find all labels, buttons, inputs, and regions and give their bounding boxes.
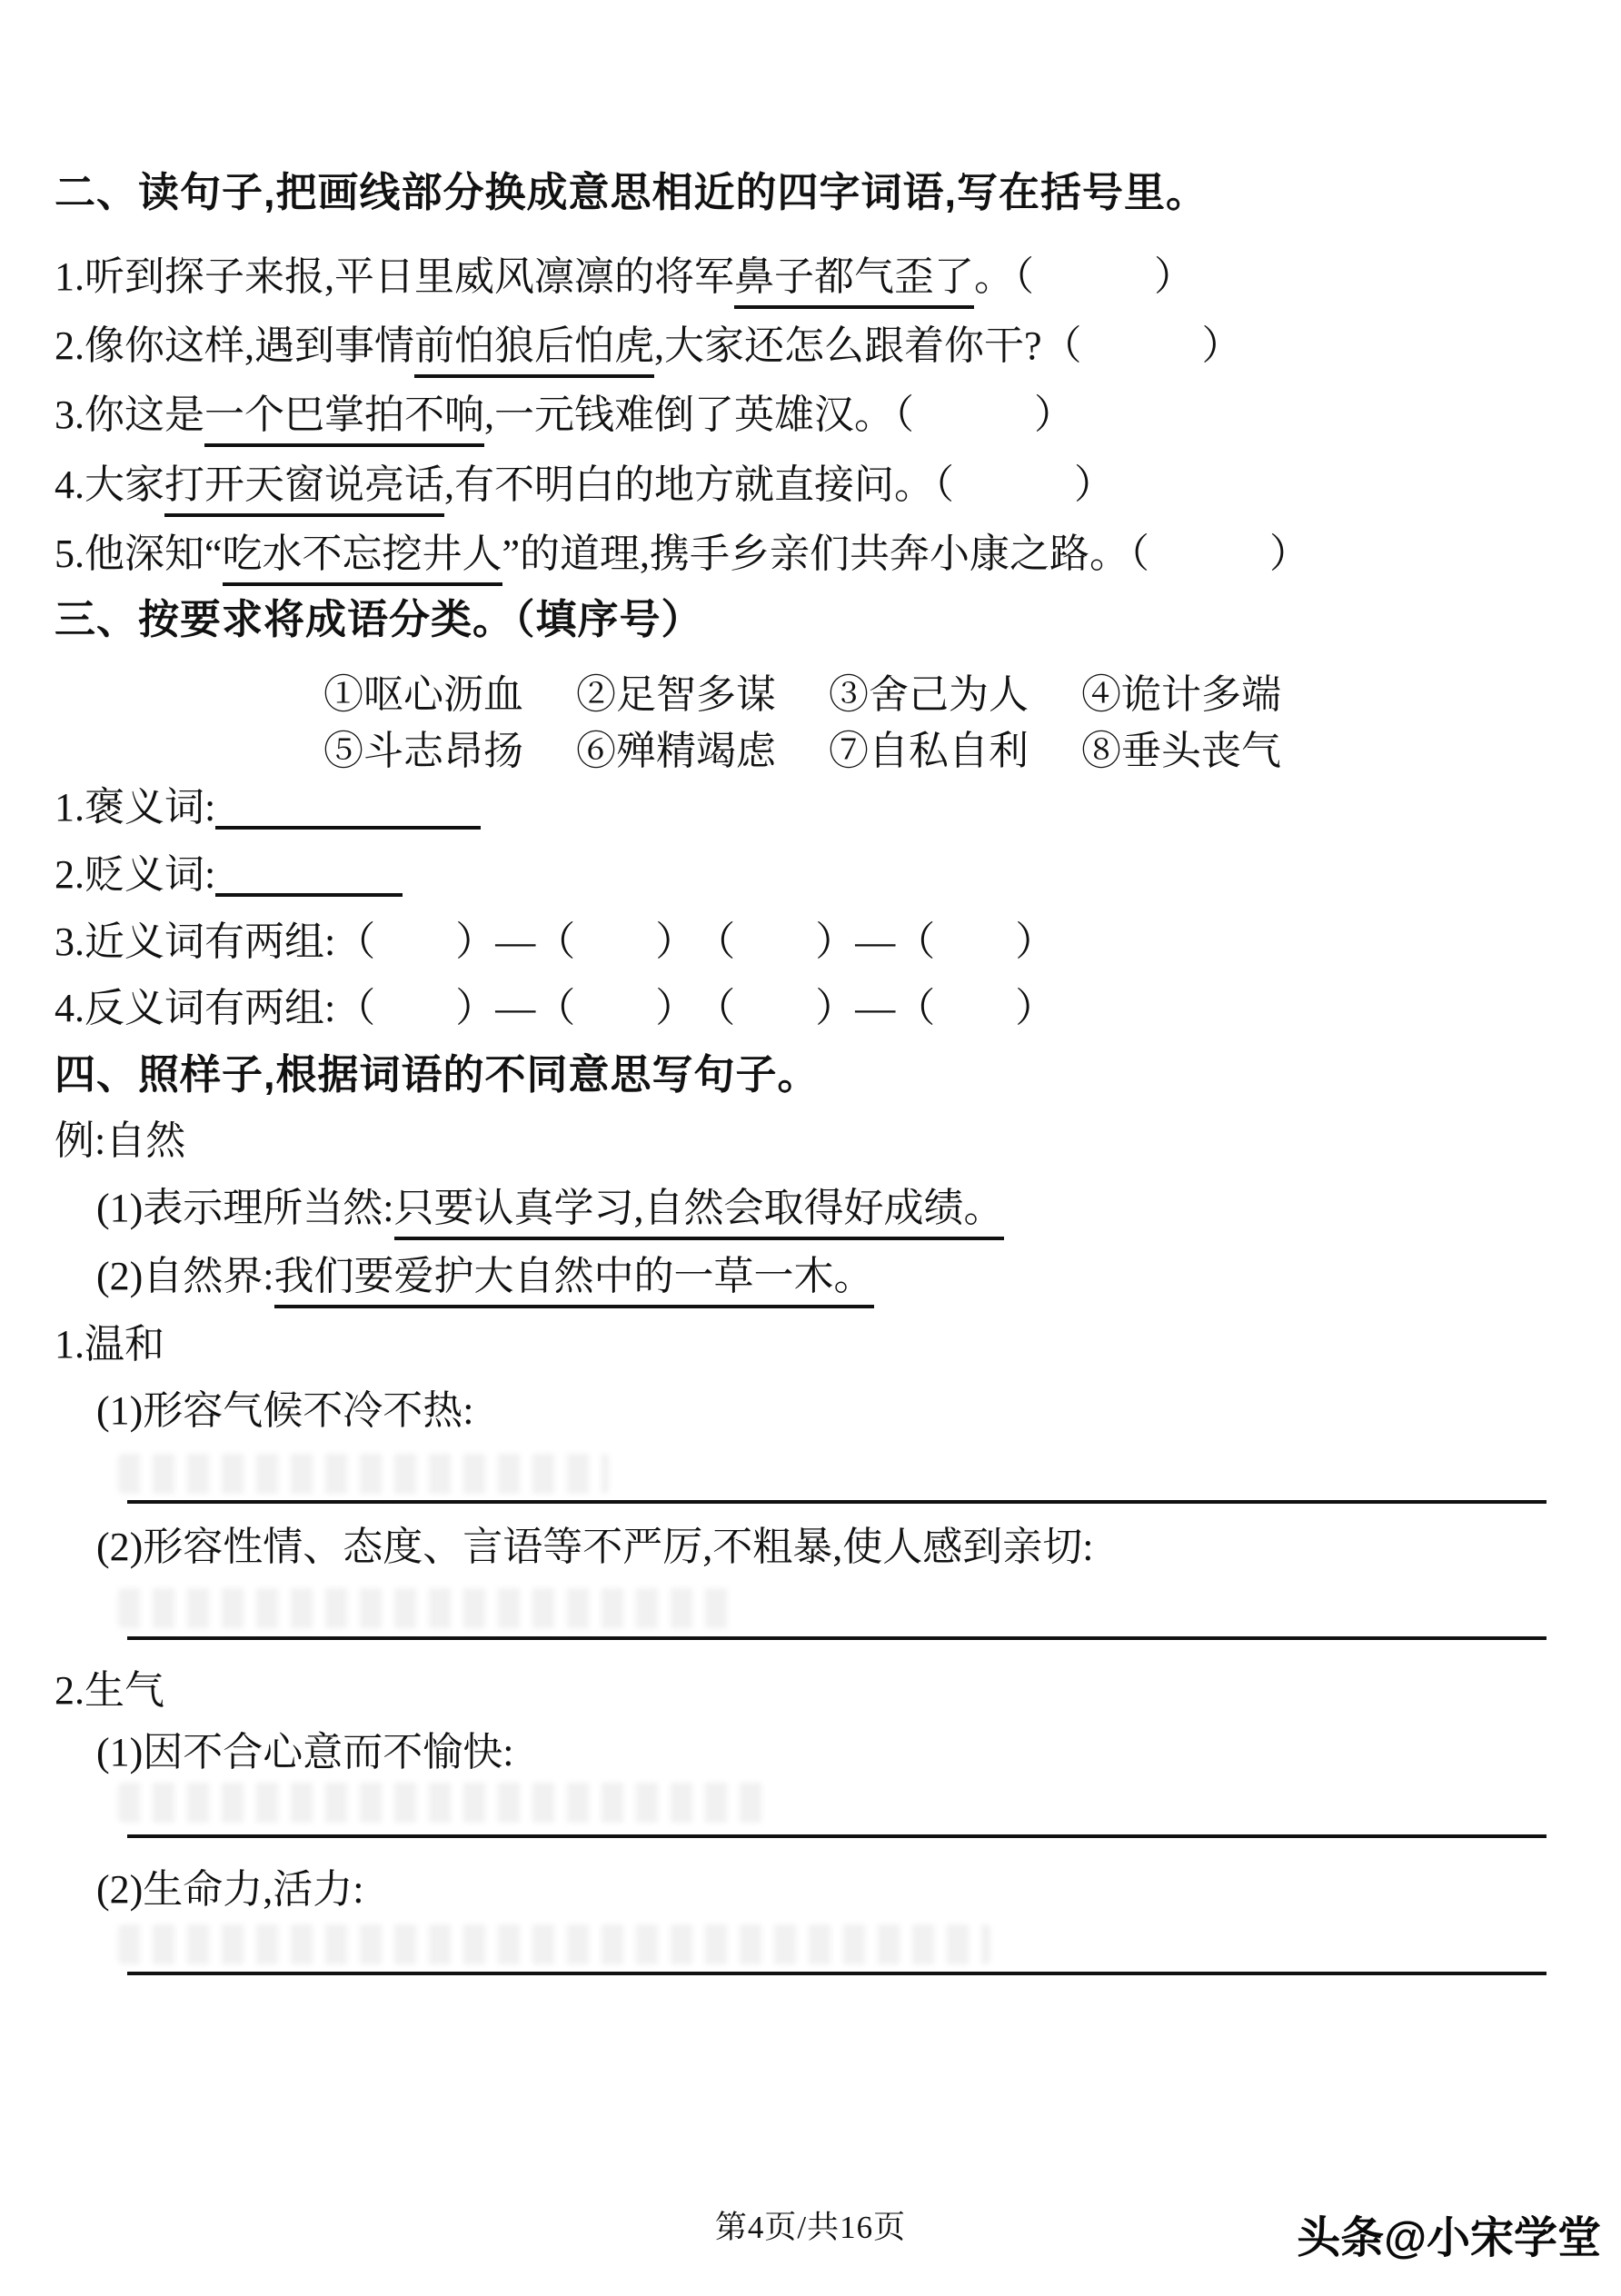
example-label: 例:自然 (55, 1118, 185, 1165)
section-two-question-1: 1.听到探子来报,平日里威风凛凛的将军鼻子都气歪了。（ ） (55, 254, 1194, 301)
question-text-post: 。（ ） (974, 254, 1194, 299)
section-two-question-4: 4.大家打开天窗说亮话,有不明白的地方就直接问。（ ） (55, 462, 1114, 509)
question-label: 4.反义词有两组: (55, 986, 335, 1030)
question-text-pre: 3.你这是 (55, 393, 204, 437)
word-1-label: 1.温和 (55, 1322, 164, 1368)
question-label: 2.贬义词: (55, 852, 215, 897)
worksheet-page: 二、读句子,把画线部分换成意思相近的四字词语,写在括号里。 1.听到探子来报,平… (0, 0, 1621, 2296)
example-sentence: 只要认真学习,自然会取得好成绩。 (394, 1186, 1004, 1240)
question-label: 3.近义词有两组: (55, 919, 335, 964)
ghost-smudge (118, 1783, 772, 1823)
idiom-7: ⑦自私自利 (829, 718, 1029, 776)
answer-line-3 (127, 1834, 1546, 1838)
watermark: 头条@小宋学堂 (1297, 2202, 1601, 2265)
idiom-8: ⑧垂头丧气 (1081, 718, 1281, 776)
question-text-pre: 2.像你这样,遇到事情 (55, 323, 414, 368)
answer-line-1 (127, 1500, 1546, 1504)
answer-line-4 (127, 1972, 1546, 1975)
antonyms-question: 4.反义词有两组:（ ）—（ ） （ ）—（ ） (55, 986, 1055, 1032)
section-two-question-3: 3.你这是一个巴掌拍不响,一元钱难倒了英雄汉。（ ） (55, 393, 1074, 439)
question-label: 1.褒义词: (55, 785, 215, 830)
paren-blanks: （ ）—（ ） （ ）—（ ） (335, 986, 1055, 1030)
answer-blank (215, 793, 481, 830)
synonyms-question: 3.近义词有两组:（ ）—（ ） （ ）—（ ） (55, 919, 1055, 966)
paren-blanks: （ ）—（ ） （ ）—（ ） (335, 919, 1055, 964)
example-sentence: 我们要爱护大自然中的一草一木。 (274, 1254, 874, 1308)
idiom-4: ④诡计多端 (1081, 661, 1281, 720)
word-2-meaning-2: (2)生命力,活力: (96, 1867, 364, 1913)
idiom-5: ⑤斗志昂扬 (323, 718, 523, 776)
idiom-1: ①呕心沥血 (323, 661, 523, 720)
example-item-1: (1)表示理所当然:只要认真学习,自然会取得好成绩。 (96, 1186, 1004, 1232)
section-two-question-2: 2.像你这样,遇到事情前怕狼后怕虎,大家还怎么跟着你干?（ ） (55, 323, 1242, 370)
section-two-title: 二、读句子,把画线部分换成意思相近的四字词语,写在括号里。 (55, 169, 1208, 216)
question-text-post: ”的道理,携手乡亲们共奔小康之路。（ ） (502, 532, 1310, 576)
ghost-smudge (118, 1454, 609, 1494)
question-text-pre: 4.大家 (55, 462, 164, 507)
question-text-pre: 5.他深知“ (55, 532, 223, 576)
underlined-phrase: 吃水不忘挖井人 (223, 532, 502, 586)
derogatory-words-question: 2.贬义词: (55, 852, 403, 899)
word-2-meaning-1: (1)因不合心意而不愉快: (96, 1730, 514, 1776)
example-item-2: (2)自然界:我们要爱护大自然中的一草一木。 (96, 1254, 874, 1300)
underlined-phrase: 打开天窗说亮话 (164, 462, 444, 517)
question-text-pre: 1.听到探子来报,平日里威风凛凛的将军 (55, 254, 734, 299)
idiom-row-1: ①呕心沥血 ②足智多谋 ③舍己为人 ④诡计多端 (323, 661, 1281, 720)
underlined-phrase: 一个巴掌拍不响 (204, 393, 484, 447)
underlined-phrase: 前怕狼后怕虎 (414, 323, 654, 378)
word-1-meaning-1: (1)形容气候不冷不热: (96, 1388, 474, 1435)
answer-blank (215, 860, 403, 897)
question-text-post: ,有不明白的地方就直接问。（ ） (444, 462, 1114, 507)
word-1-meaning-2: (2)形容性情、态度、言语等不严厉,不粗暴,使人感到亲切: (96, 1525, 1094, 1571)
ghost-smudge (118, 1924, 990, 1964)
section-two-question-5: 5.他深知“吃水不忘挖井人”的道理,携手乡亲们共奔小康之路。（ ） (55, 532, 1309, 578)
question-text-post: ,大家还怎么跟着你干?（ ） (654, 323, 1242, 368)
underlined-phrase: 鼻子都气歪了 (734, 254, 974, 309)
meaning-label: (1)表示理所当然: (96, 1186, 394, 1230)
section-four-title: 四、照样子,根据词语的不同意思写句子。 (55, 1051, 820, 1098)
question-text-post: ,一元钱难倒了英雄汉。（ ） (484, 393, 1074, 437)
meaning-label: (2)自然界: (96, 1254, 274, 1298)
section-three-title: 三、按要求将成语分类。（填序号） (55, 596, 703, 643)
idiom-3: ③舍己为人 (829, 661, 1029, 720)
idiom-6: ⑥殚精竭虑 (576, 718, 776, 776)
answer-line-2 (127, 1636, 1546, 1640)
idiom-2: ②足智多谋 (576, 661, 776, 720)
idiom-row-2: ⑤斗志昂扬 ⑥殚精竭虑 ⑦自私自利 ⑧垂头丧气 (323, 718, 1281, 776)
commendatory-words-question: 1.褒义词: (55, 785, 481, 831)
ghost-smudge (118, 1588, 736, 1628)
word-2-label: 2.生气 (55, 1668, 164, 1715)
